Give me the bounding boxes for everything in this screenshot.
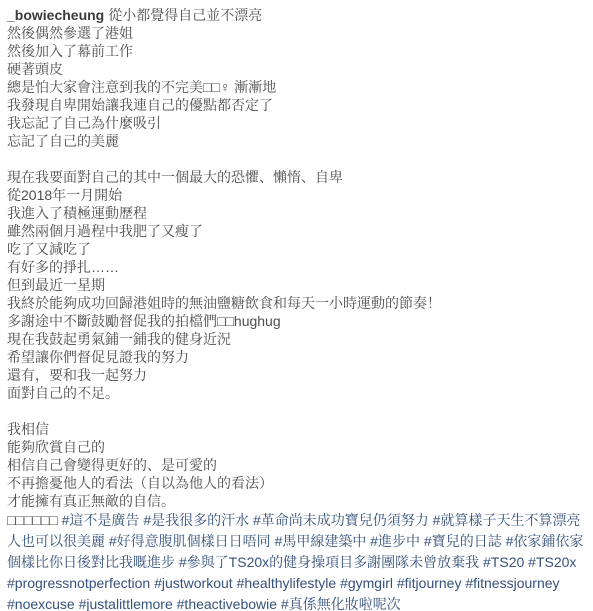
post-caption: _bowiecheung從小都覺得自己並不漂亮 然後偶然參選了港姐 然後加入了幕…	[0, 0, 593, 611]
username-link[interactable]: _bowiecheung	[7, 7, 104, 23]
caption-lines-2: 現在我要面對自己的其中一個最大的恐懼、懶惰、自卑 從2018年一月開始 我進入了…	[7, 168, 585, 402]
caption-first-line-text: 從小都覺得自己並不漂亮	[108, 7, 262, 23]
caption-lines-1: 然後偶然參選了港姐 然後加入了幕前工作 硬著頭皮 總是怕大家會注意到我的不完美□…	[7, 24, 585, 150]
caption-paragraph-2: 現在我要面對自己的其中一個最大的恐懼、懶惰、自卑 從2018年一月開始 我進入了…	[7, 168, 585, 402]
caption-paragraph-1: _bowiecheung從小都覺得自己並不漂亮 然後偶然參選了港姐 然後加入了幕…	[7, 6, 585, 150]
caption-lines-3: 我相信 能夠欣賞自己的 相信自己會變得更好的、是可愛的 不再擔憂他人的看法（自以…	[7, 420, 585, 510]
caption-first-line: _bowiecheung從小都覺得自己並不漂亮	[7, 6, 585, 24]
emoji-placeholder-boxes: □□□□□□	[7, 512, 62, 528]
hashtag-paragraph: □□□□□□ #這不是廣告 #是我很多的汗水 #革命尚未成功寶兒仍須努力 #就算…	[7, 510, 585, 611]
hashtag-links[interactable]: #這不是廣告 #是我很多的汗水 #革命尚未成功寶兒仍須努力 #就算樣子天生不算漂…	[7, 512, 583, 611]
caption-paragraph-3: 我相信 能夠欣賞自己的 相信自己會變得更好的、是可愛的 不再擔憂他人的看法（自以…	[7, 420, 585, 611]
